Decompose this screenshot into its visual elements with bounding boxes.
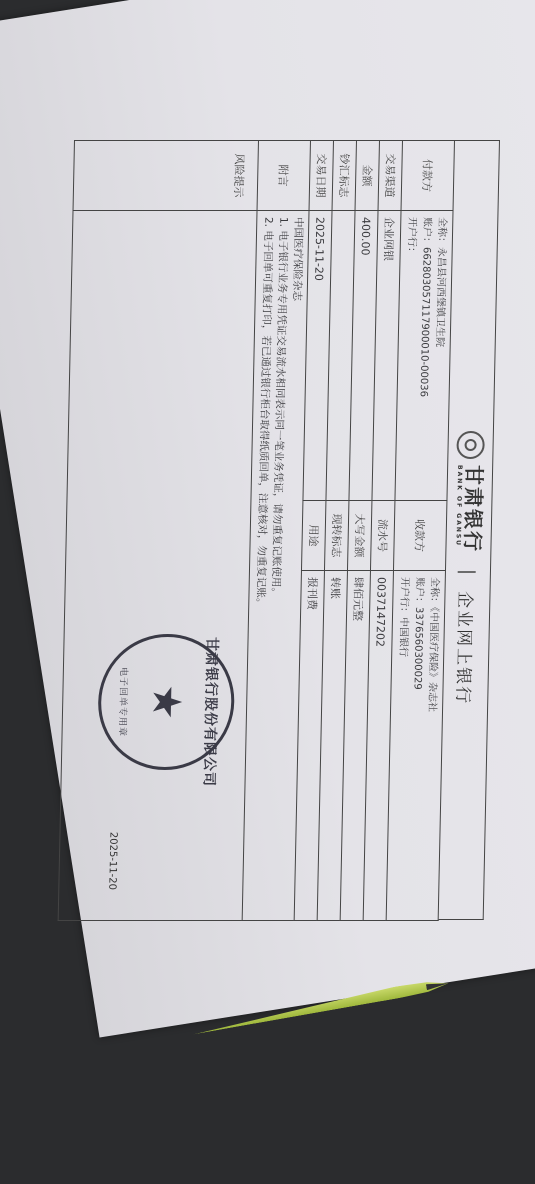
star-icon: ★ bbox=[146, 684, 187, 720]
seal-ring-text: 甘肃银行股份有限公司 bbox=[200, 637, 223, 767]
bank-name-en: BANK OF GANSU bbox=[454, 465, 462, 553]
channel-label: 交易渠道 bbox=[378, 141, 402, 211]
payer-bank-label: 开户行： bbox=[406, 217, 418, 257]
payee-details: 全称：《中国医疗保险》杂志社 账户：3376560300029 开户行：中国银行 bbox=[386, 571, 445, 921]
payer-name-label: 全称： bbox=[436, 217, 448, 247]
photo-background: 甘肃银行 BANK OF GANSU | 企业网上银行 付款方 全称：永昌县河西… bbox=[0, 0, 535, 1184]
remarks-label: 附言 bbox=[257, 141, 310, 211]
payee-account-label: 账户： bbox=[413, 577, 425, 607]
payer-account: 662803057117900010-00036 bbox=[418, 247, 432, 397]
payer-account-label: 账户： bbox=[421, 217, 433, 247]
seal-bottom-text: 电子回单专用章 bbox=[116, 637, 132, 767]
date-label: 交易日期 bbox=[309, 141, 333, 211]
payee-label: 收款方 bbox=[393, 501, 446, 571]
print-date: 2025-11-20 bbox=[106, 832, 118, 890]
payer-name: 永昌县河西堡镇卫生院 bbox=[434, 247, 447, 347]
payer-label: 付款方 bbox=[401, 141, 454, 211]
payer-details: 全称：永昌县河西堡镇卫生院 账户：662803057117900010-0003… bbox=[395, 211, 453, 501]
bank-receipt: 甘肃银行 BANK OF GANSU | 企业网上银行 付款方 全称：永昌县河西… bbox=[54, 140, 500, 920]
risk-label: 风险提示 bbox=[73, 141, 258, 211]
payee-name-label: 全称： bbox=[428, 577, 440, 607]
risk-row: 风险提示 甘肃银行股份有限公司 ★ 电子回单专用章 2025-11-20 bbox=[58, 141, 258, 921]
bank-name-cn: 甘肃银行 bbox=[462, 465, 484, 553]
payee-name: 《中国医疗保险》杂志社 bbox=[426, 607, 439, 712]
amount-words-label: 大写金额 bbox=[347, 501, 371, 571]
flower-logo-icon bbox=[456, 431, 485, 459]
serial-label: 流水号 bbox=[370, 501, 394, 571]
system-name: 企业网上银行 bbox=[453, 591, 480, 705]
header-separator: | bbox=[457, 569, 478, 575]
receipt-table: 付款方 全称：永昌县河西堡镇卫生院 账户：662803057117900010-… bbox=[58, 140, 455, 921]
payee-account: 3376560300029 bbox=[411, 607, 424, 690]
transfer-flag-label: 现转标志 bbox=[324, 501, 348, 571]
cash-flag-label: 钞汇标志 bbox=[332, 141, 356, 211]
payee-bank: 中国银行 bbox=[397, 617, 409, 657]
purpose-label: 用途 bbox=[301, 501, 325, 571]
official-seal: 甘肃银行股份有限公司 ★ 电子回单专用章 bbox=[97, 634, 236, 770]
risk-content: 甘肃银行股份有限公司 ★ 电子回单专用章 2025-11-20 bbox=[58, 211, 257, 921]
amount-label: 金额 bbox=[355, 141, 379, 211]
bank-logo: 甘肃银行 BANK OF GANSU bbox=[454, 431, 485, 553]
payee-bank-label: 开户行： bbox=[398, 577, 410, 617]
